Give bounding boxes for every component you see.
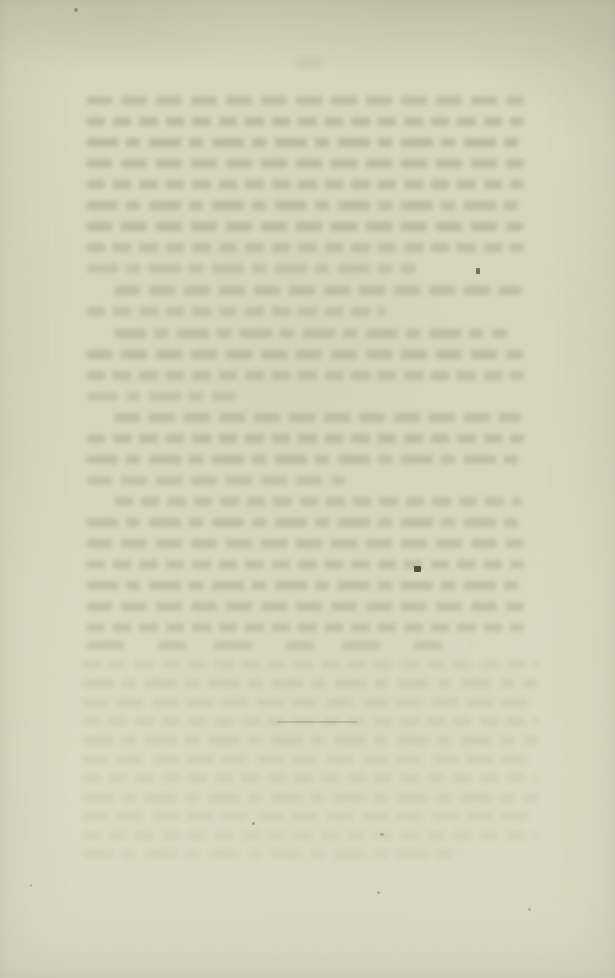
ghost-text-line xyxy=(86,560,524,569)
ghost-text-line xyxy=(82,793,538,802)
ghost-text-line xyxy=(114,497,522,506)
ghost-text-line xyxy=(86,180,524,189)
ink-speck-top xyxy=(74,8,78,12)
ghost-text-line xyxy=(86,350,524,359)
ghost-text-line xyxy=(86,371,524,380)
ghost-text-line xyxy=(86,392,236,401)
ghost-text-line xyxy=(86,641,471,650)
ink-speck-small xyxy=(252,822,255,825)
ghost-text-line xyxy=(86,138,524,147)
ink-speck-large xyxy=(414,566,421,572)
ghost-text-line xyxy=(82,849,462,858)
ink-speck-small xyxy=(380,833,384,836)
ghost-text-line xyxy=(86,539,524,548)
ghost-text-line xyxy=(86,243,524,252)
ghost-text-line xyxy=(86,518,524,527)
ink-speck-small xyxy=(30,884,32,887)
ghost-text-line xyxy=(82,736,538,745)
page-number-smudge xyxy=(296,57,322,68)
scanned-page xyxy=(0,0,615,978)
ghost-text-line xyxy=(82,679,538,688)
ghost-text-line xyxy=(86,455,524,464)
ghost-text-line xyxy=(86,623,524,632)
ghost-text-line xyxy=(82,812,538,821)
ghost-text-line xyxy=(86,222,524,231)
ghost-text-line xyxy=(86,602,524,611)
ghost-text-line xyxy=(82,660,538,669)
ghost-text-line xyxy=(86,581,524,590)
ghost-text-line xyxy=(86,201,524,210)
ghost-text-line xyxy=(86,117,524,126)
ghost-text-line xyxy=(82,755,538,764)
ghost-text-line xyxy=(86,307,386,316)
ghost-text-line xyxy=(86,96,524,105)
ghost-text-line xyxy=(86,264,416,273)
ink-speck-small xyxy=(377,891,380,894)
ghost-text-line xyxy=(86,476,346,485)
ghost-text-line xyxy=(82,698,538,707)
ink-speck-small xyxy=(476,268,480,274)
underline-mark xyxy=(277,721,357,723)
ghost-text-line xyxy=(82,831,538,840)
ghost-text-line xyxy=(114,329,508,338)
ghost-text-layer xyxy=(0,0,615,978)
ghost-text-line xyxy=(86,434,524,443)
ghost-text-line xyxy=(86,159,524,168)
ghost-text-line xyxy=(82,774,538,783)
ghost-text-line xyxy=(114,413,522,422)
ghost-text-line xyxy=(114,286,522,295)
ink-speck-small xyxy=(528,908,531,911)
